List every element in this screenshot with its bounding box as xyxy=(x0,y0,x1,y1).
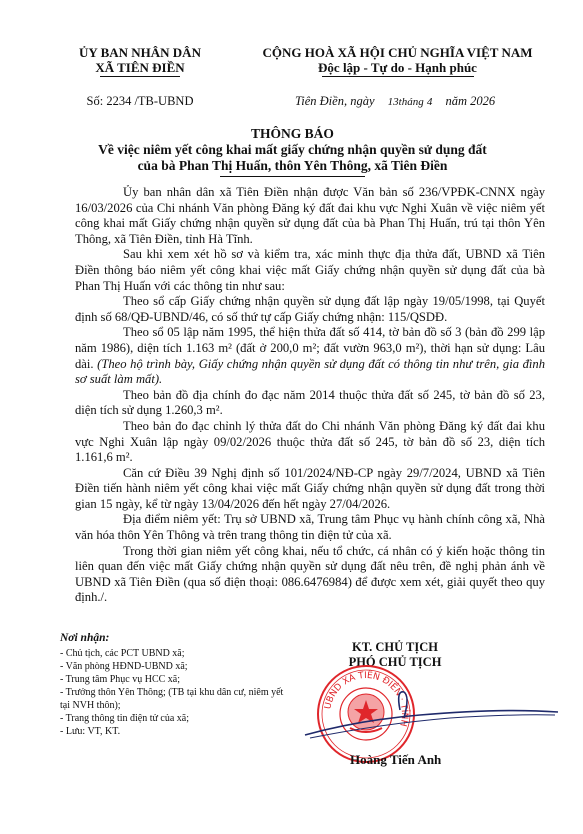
title-underline xyxy=(220,176,365,177)
recipient-item: - Trưởng thôn Yên Thông; (TB tại khu dân… xyxy=(60,686,290,712)
handwritten-signature-icon xyxy=(300,680,560,740)
recipients-list: Nơi nhận: - Chủ tịch, các PCT UBND xã; -… xyxy=(60,632,290,738)
date-month: 4 xyxy=(427,96,433,108)
recipient-item: - Trang thông tin điện tử của xã; xyxy=(60,712,290,725)
recipient-item: - Chủ tịch, các PCT UBND xã; xyxy=(60,647,290,660)
signer-name: Hoàng Tiến Anh xyxy=(350,752,441,768)
recipient-item: - Lưu: VT, KT. xyxy=(60,725,290,738)
paragraph: Theo bản đồ địa chính đo đạc năm 2014 th… xyxy=(75,388,545,419)
italic-note: (Theo hộ trình bày, Giấy chứng nhận quyề… xyxy=(75,357,545,387)
document-number: Số: 2234 /TB-UBND xyxy=(55,94,225,109)
date-day: 13 xyxy=(388,96,399,108)
national-header: CỘNG HOÀ XÃ HỘI CHỦ NGHĨA VIỆT NAM Độc l… xyxy=(235,45,560,77)
notice-title-block: THÔNG BÁO Về việc niêm yết công khai mất… xyxy=(40,126,545,177)
notice-subject-line1: Về việc niêm yết công khai mất giấy chứn… xyxy=(40,142,545,158)
recipients-title: Nơi nhận: xyxy=(60,632,290,645)
national-motto: Độc lập - Tự do - Hạnh phúc xyxy=(235,60,560,75)
signature-line1: KT. CHỦ TỊCH xyxy=(330,640,460,655)
notice-subject-line2: của bà Phan Thị Huấn, thôn Yên Thông, xã… xyxy=(40,158,545,174)
paragraph: Theo sổ 05 lập năm 1995, thể hiện thửa đ… xyxy=(75,325,545,387)
authority-underline xyxy=(100,76,180,77)
recipient-item: - Văn phòng HĐND-UBND xã; xyxy=(60,660,290,673)
recipient-item: - Trung tâm Phục vụ HCC xã; xyxy=(60,673,290,686)
paragraph: Sau khi xem xét hồ sơ và kiểm tra, xác m… xyxy=(75,247,545,294)
nation-title: CỘNG HOÀ XÃ HỘI CHỦ NGHĨA VIỆT NAM xyxy=(235,45,560,60)
issuing-authority: ỦY BAN NHÂN DÂN XÃ TIÊN ĐIỀN xyxy=(55,45,225,77)
paragraph: Địa điểm niêm yết: Trụ sở UBND xã, Trung… xyxy=(75,512,545,543)
paragraph: Căn cứ Điều 39 Nghị định số 101/2024/NĐ-… xyxy=(75,466,545,513)
authority-line2: XÃ TIÊN ĐIỀN xyxy=(55,60,225,75)
notice-title: THÔNG BÁO xyxy=(40,126,545,142)
issue-date: Tiên Điền, ngày 13tháng 4 năm 2026 xyxy=(295,94,495,109)
motto-underline xyxy=(322,76,474,77)
paragraph: Theo sổ cấp Giấy chứng nhận quyền sử dụn… xyxy=(75,294,545,325)
paragraph: Trong thời gian niêm yết công khai, nếu … xyxy=(75,544,545,606)
paragraph: Ủy ban nhân dân xã Tiên Điền nhận được V… xyxy=(75,185,545,247)
paragraph: Theo bản đo đạc chỉnh lý thửa đất do Chi… xyxy=(75,419,545,466)
authority-line1: ỦY BAN NHÂN DÂN xyxy=(55,45,225,60)
date-year: năm 2026 xyxy=(445,94,495,108)
notice-body: Ủy ban nhân dân xã Tiên Điền nhận được V… xyxy=(75,185,545,606)
